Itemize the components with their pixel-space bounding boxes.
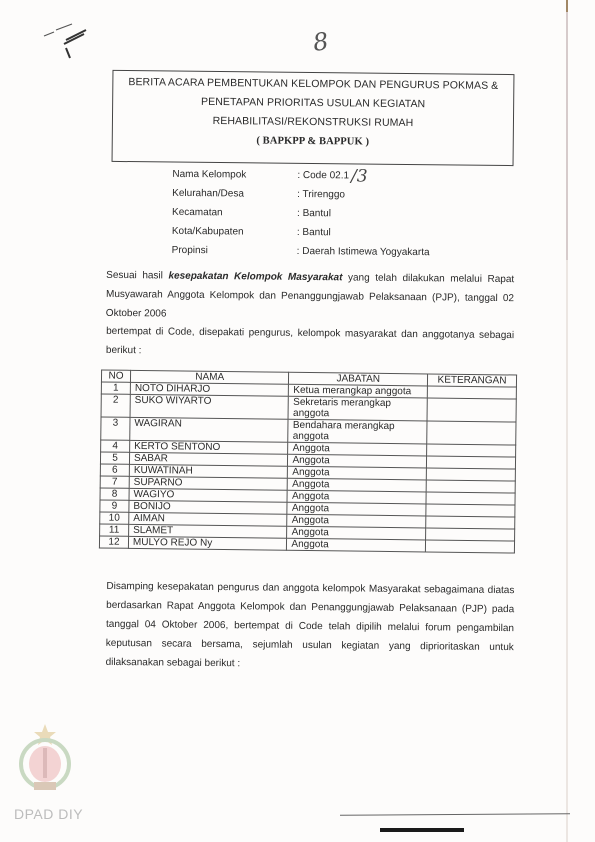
cell-no: 11 xyxy=(100,524,129,536)
cell-jabatan: Anggota xyxy=(287,514,426,528)
info-value: : Bantul xyxy=(297,208,331,227)
cell-keterangan xyxy=(426,456,515,469)
intro-emphasis: kesepakatan Kelompok Masyarakat xyxy=(168,271,342,284)
cell-nama: SUKO WIYARTO xyxy=(130,394,289,419)
cell-no: 4 xyxy=(101,440,130,452)
cell-no: 8 xyxy=(100,488,129,500)
info-label: Kota/Kabupaten xyxy=(172,226,297,246)
cell-keterangan xyxy=(426,504,515,517)
table-body: 1NOTO DIHARJOKetua merangkap anggota2SUK… xyxy=(99,382,516,553)
cell-nama: MULYO REJO Ny xyxy=(128,536,287,550)
cell-keterangan xyxy=(425,540,514,553)
info-label: Nama Kelompok xyxy=(172,169,297,189)
emblem-logo-icon xyxy=(14,722,76,794)
info-label: Kelurahan/Desa xyxy=(172,188,297,208)
cell-keterangan xyxy=(427,386,516,399)
cell-jabatan: Anggota xyxy=(287,490,426,504)
intro-continuation: bertempat di Code, disepakati pengurus, … xyxy=(106,322,514,364)
cell-nama: WAGIRAN xyxy=(130,417,289,442)
members-table: NO NAMA JABATAN KETERANGAN 1NOTO DIHARJO… xyxy=(99,369,517,553)
info-value: : Daerah Istimewa Yogyakarta xyxy=(297,246,430,266)
info-label: Kecamatan xyxy=(172,207,297,227)
cell-keterangan xyxy=(426,468,515,481)
cell-jabatan: Anggota xyxy=(287,502,426,516)
document-title-box: BERITA ACARA PEMBENTUKAN KELOMPOK DAN PE… xyxy=(112,70,515,166)
cell-no: 5 xyxy=(100,452,129,464)
group-info: Nama Kelompok : Code 02.1 /3 Kelurahan/D… xyxy=(172,169,431,266)
cell-keterangan xyxy=(427,398,516,422)
bottom-rule xyxy=(340,813,570,816)
cell-keterangan xyxy=(427,444,516,457)
info-row-regency: Kota/Kabupaten : Bantul xyxy=(172,226,430,247)
cell-jabatan: Anggota xyxy=(287,538,426,552)
info-label: Propinsi xyxy=(172,245,297,265)
cell-no: 6 xyxy=(100,464,129,476)
closing-paragraph: Disamping kesepakatan pengurus dan anggo… xyxy=(106,577,515,676)
cell-no: 12 xyxy=(99,536,128,548)
handwritten-code-suffix: /3 xyxy=(351,166,368,185)
info-row-group-name: Nama Kelompok : Code 02.1 /3 xyxy=(172,169,430,190)
info-row-province: Propinsi : Daerah Istimewa Yogyakarta xyxy=(172,245,430,266)
handwritten-page-number: 8 xyxy=(311,27,330,57)
cell-no: 7 xyxy=(100,476,129,488)
cell-keterangan xyxy=(426,528,515,541)
cell-no: 3 xyxy=(101,417,130,440)
cell-no: 9 xyxy=(100,500,129,512)
intro-pre: Sesuai hasil xyxy=(106,270,168,282)
handwritten-mark-icon xyxy=(40,18,100,68)
cell-jabatan: Anggota xyxy=(288,454,427,468)
bottom-bar xyxy=(380,828,464,832)
info-row-district: Kecamatan : Bantul xyxy=(172,207,430,228)
cell-jabatan: Anggota xyxy=(288,466,427,480)
intro-paragraph: Sesuai hasil kesepakatan Kelompok Masyar… xyxy=(106,266,515,327)
cell-keterangan xyxy=(426,492,515,505)
info-row-village: Kelurahan/Desa : Trirenggo xyxy=(172,188,430,209)
info-value: : Trirenggo xyxy=(297,189,345,208)
cell-jabatan: Sekretaris merangkap anggota xyxy=(288,396,427,421)
cell-no: 2 xyxy=(101,394,130,417)
watermark-text: DPAD DIY xyxy=(14,806,83,822)
info-value: : Bantul xyxy=(297,227,331,246)
cell-jabatan: Anggota xyxy=(287,526,426,540)
cell-keterangan xyxy=(426,516,515,529)
info-value: : Code 02.1 xyxy=(297,170,349,189)
cell-jabatan: Ketua merangkap anggota xyxy=(289,384,428,398)
cell-no: 10 xyxy=(100,512,129,524)
header-no: NO xyxy=(101,370,130,382)
cell-jabatan: Anggota xyxy=(288,478,427,492)
title-line-4: ( BAPKPP & BAPPUK ) xyxy=(113,130,513,153)
header-keterangan: KETERANGAN xyxy=(427,374,516,387)
cell-keterangan xyxy=(427,421,516,445)
cell-keterangan xyxy=(426,480,515,493)
page-edge xyxy=(566,0,568,842)
cell-jabatan: Bendahara merangkap anggota xyxy=(288,419,427,444)
cell-no: 1 xyxy=(101,382,130,394)
cell-jabatan: Anggota xyxy=(288,442,427,456)
